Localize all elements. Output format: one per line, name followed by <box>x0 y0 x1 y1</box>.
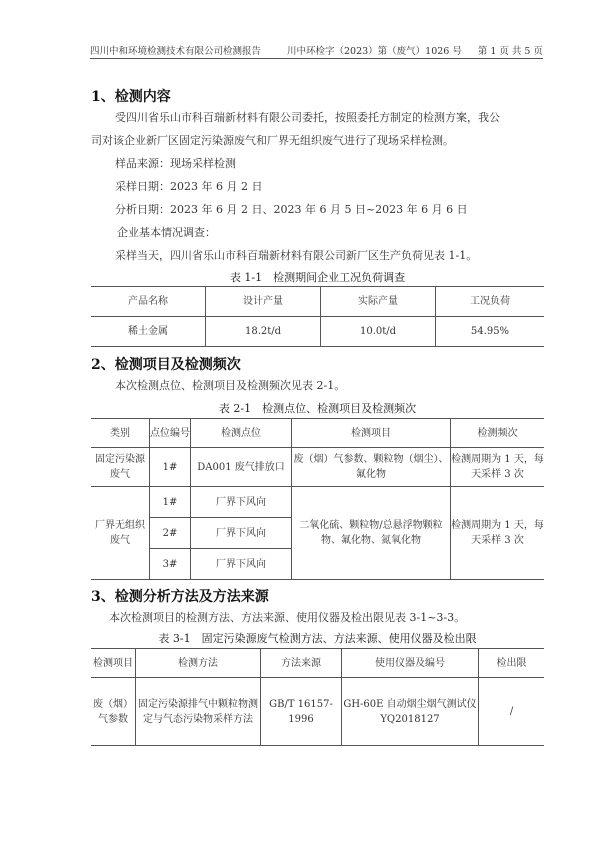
section3-intro: 本次检测项目的检测方法、方法来源、使用仪器及检出限见表 3-1~3-3。 <box>109 609 465 625</box>
header-cell: 产品名称 <box>91 287 206 317</box>
header-cell: 方法来源 <box>261 649 342 678</box>
cell-location: DA001 废气排放口 <box>191 448 292 487</box>
header-cell: 检测项目 <box>292 419 451 448</box>
cell-location: 厂界下风向 <box>191 549 292 580</box>
header-cell: 使用仪器及编号 <box>342 649 479 678</box>
section3-title: 3、检测分析方法及方法来源 <box>91 586 269 606</box>
sample-source: 样品来源：现场采样检测 <box>115 155 236 171</box>
cell-load: 54.95% <box>436 317 545 347</box>
cell-detection-limit: / <box>479 678 545 746</box>
cell-location: 厂界下风向 <box>191 487 292 518</box>
header-cell: 检测方法 <box>136 649 261 678</box>
cell-frequency: 检测周期为 1 天，每天采样 3 次 <box>451 448 545 487</box>
header-cell: 点位编号 <box>150 419 191 448</box>
cell-location: 厂界下风向 <box>191 518 292 549</box>
cell-item: 废（烟）气参数 <box>91 678 136 746</box>
cell-instrument: GH-60E 自动烟尘烟气测试仪 YQ2018127 <box>342 678 479 746</box>
cell-source: GB/T 16157-1996 <box>261 678 342 746</box>
header-cell: 检测频次 <box>451 419 545 448</box>
header-cell: 检测项目 <box>91 649 136 678</box>
report-page: 四川中和环境检测技术有限公司检测报告 川中环检字（2023）第（废气）1026 … <box>0 0 595 841</box>
table-row: 废（烟）气参数 固定污染源排气中颗粒物测定与气态污染物采样方法 GB/T 161… <box>91 678 544 746</box>
header-cell: 设计产量 <box>206 287 321 317</box>
table-row: 厂界无组织废气 1# 厂界下风向 二氧化硫、颗粒物/总悬浮物颗粒物、氟化物、氮氧… <box>91 487 544 518</box>
survey-text: 采样当天，四川省乐山市科百瑞新材料有限公司新厂区生产负荷见表 1-1。 <box>115 247 477 263</box>
table-3-1: 检测项目 检测方法 方法来源 使用仪器及编号 检出限 废（烟）气参数 固定污染源… <box>91 648 544 746</box>
page-number: 第 1 页 共 5 页 <box>478 43 543 57</box>
table2-caption: 表 2-1 检测点位、检测项目及检测频次 <box>91 400 544 416</box>
header-cell: 检出限 <box>479 649 545 678</box>
cell-point-no: 3# <box>150 549 191 580</box>
section1-para-line2: 司对该企业新厂区固定污染源废气和厂界无组织废气进行了现场采样检测。 <box>91 132 454 148</box>
cell-method: 固定污染源排气中颗粒物测定与气态污染物采样方法 <box>136 678 261 746</box>
cell-design-capacity: 18.2t/d <box>206 317 321 347</box>
cell-items: 废（烟）气参数、颗粒物（烟尘）、氟化物 <box>292 448 451 487</box>
section2-title: 2、检测项目及检测频次 <box>91 354 241 374</box>
header-cell: 工况负荷 <box>436 287 545 317</box>
table-row: 固定污染源废气 1# DA001 废气排放口 废（烟）气参数、颗粒物（烟尘）、氟… <box>91 448 544 487</box>
table-1-1: 产品名称 设计产量 实际产量 工况负荷 稀土金属 18.2t/d 10.0t/d… <box>91 286 544 347</box>
cell-category: 固定污染源废气 <box>91 448 150 487</box>
cell-point-no: 1# <box>150 448 191 487</box>
cell-actual-output: 10.0t/d <box>321 317 436 347</box>
cell-items: 二氧化硫、颗粒物/总悬浮物颗粒物、氟化物、氮氧化物 <box>292 487 451 580</box>
header-cell: 实际产量 <box>321 287 436 317</box>
cell-point-no: 2# <box>150 518 191 549</box>
section2-intro: 本次检测点位、检测项目及检测频次见表 2-1。 <box>115 377 345 393</box>
section1-para-line1: 受四川省乐山市科百瑞新材料有限公司委托，按照委托方制定的检测方案，我公 <box>115 109 500 125</box>
table-header-row: 类别 点位编号 检测点位 检测项目 检测频次 <box>91 419 544 448</box>
analysis-date: 分析日期：2023 年 6 月 2 日、2023 年 6 月 5 日~2023 … <box>115 201 468 217</box>
company-name: 四川中和环境检测技术有限公司检测报告 <box>90 43 261 57</box>
cell-product: 稀土金属 <box>91 317 206 347</box>
survey-label: 企业基本情况调查： <box>117 224 216 240</box>
cell-frequency: 检测周期为 1 天，每天采样 3 次 <box>451 487 545 580</box>
table3-caption: 表 3-1 固定污染源废气检测方法、方法来源、使用仪器及检出限 <box>91 630 544 646</box>
table-2-1: 类别 点位编号 检测点位 检测项目 检测频次 固定污染源废气 1# DA001 … <box>91 418 544 580</box>
table-header-row: 检测项目 检测方法 方法来源 使用仪器及编号 检出限 <box>91 649 544 678</box>
section1-title: 1、检测内容 <box>91 86 171 106</box>
cell-point-no: 1# <box>150 487 191 518</box>
table1-caption: 表 1-1 检测期间企业工况负荷调查 <box>91 269 544 285</box>
sampling-date: 采样日期：2023 年 6 月 2 日 <box>115 178 262 194</box>
header-cell: 类别 <box>91 419 150 448</box>
table-header-row: 产品名称 设计产量 实际产量 工况负荷 <box>91 287 544 317</box>
table-row: 稀土金属 18.2t/d 10.0t/d 54.95% <box>91 317 544 347</box>
header-cell: 检测点位 <box>191 419 292 448</box>
cell-category: 厂界无组织废气 <box>91 487 150 580</box>
report-number: 川中环检字（2023）第（废气）1026 号 <box>287 43 462 57</box>
page-header: 四川中和环境检测技术有限公司检测报告 川中环检字（2023）第（废气）1026 … <box>90 40 543 59</box>
